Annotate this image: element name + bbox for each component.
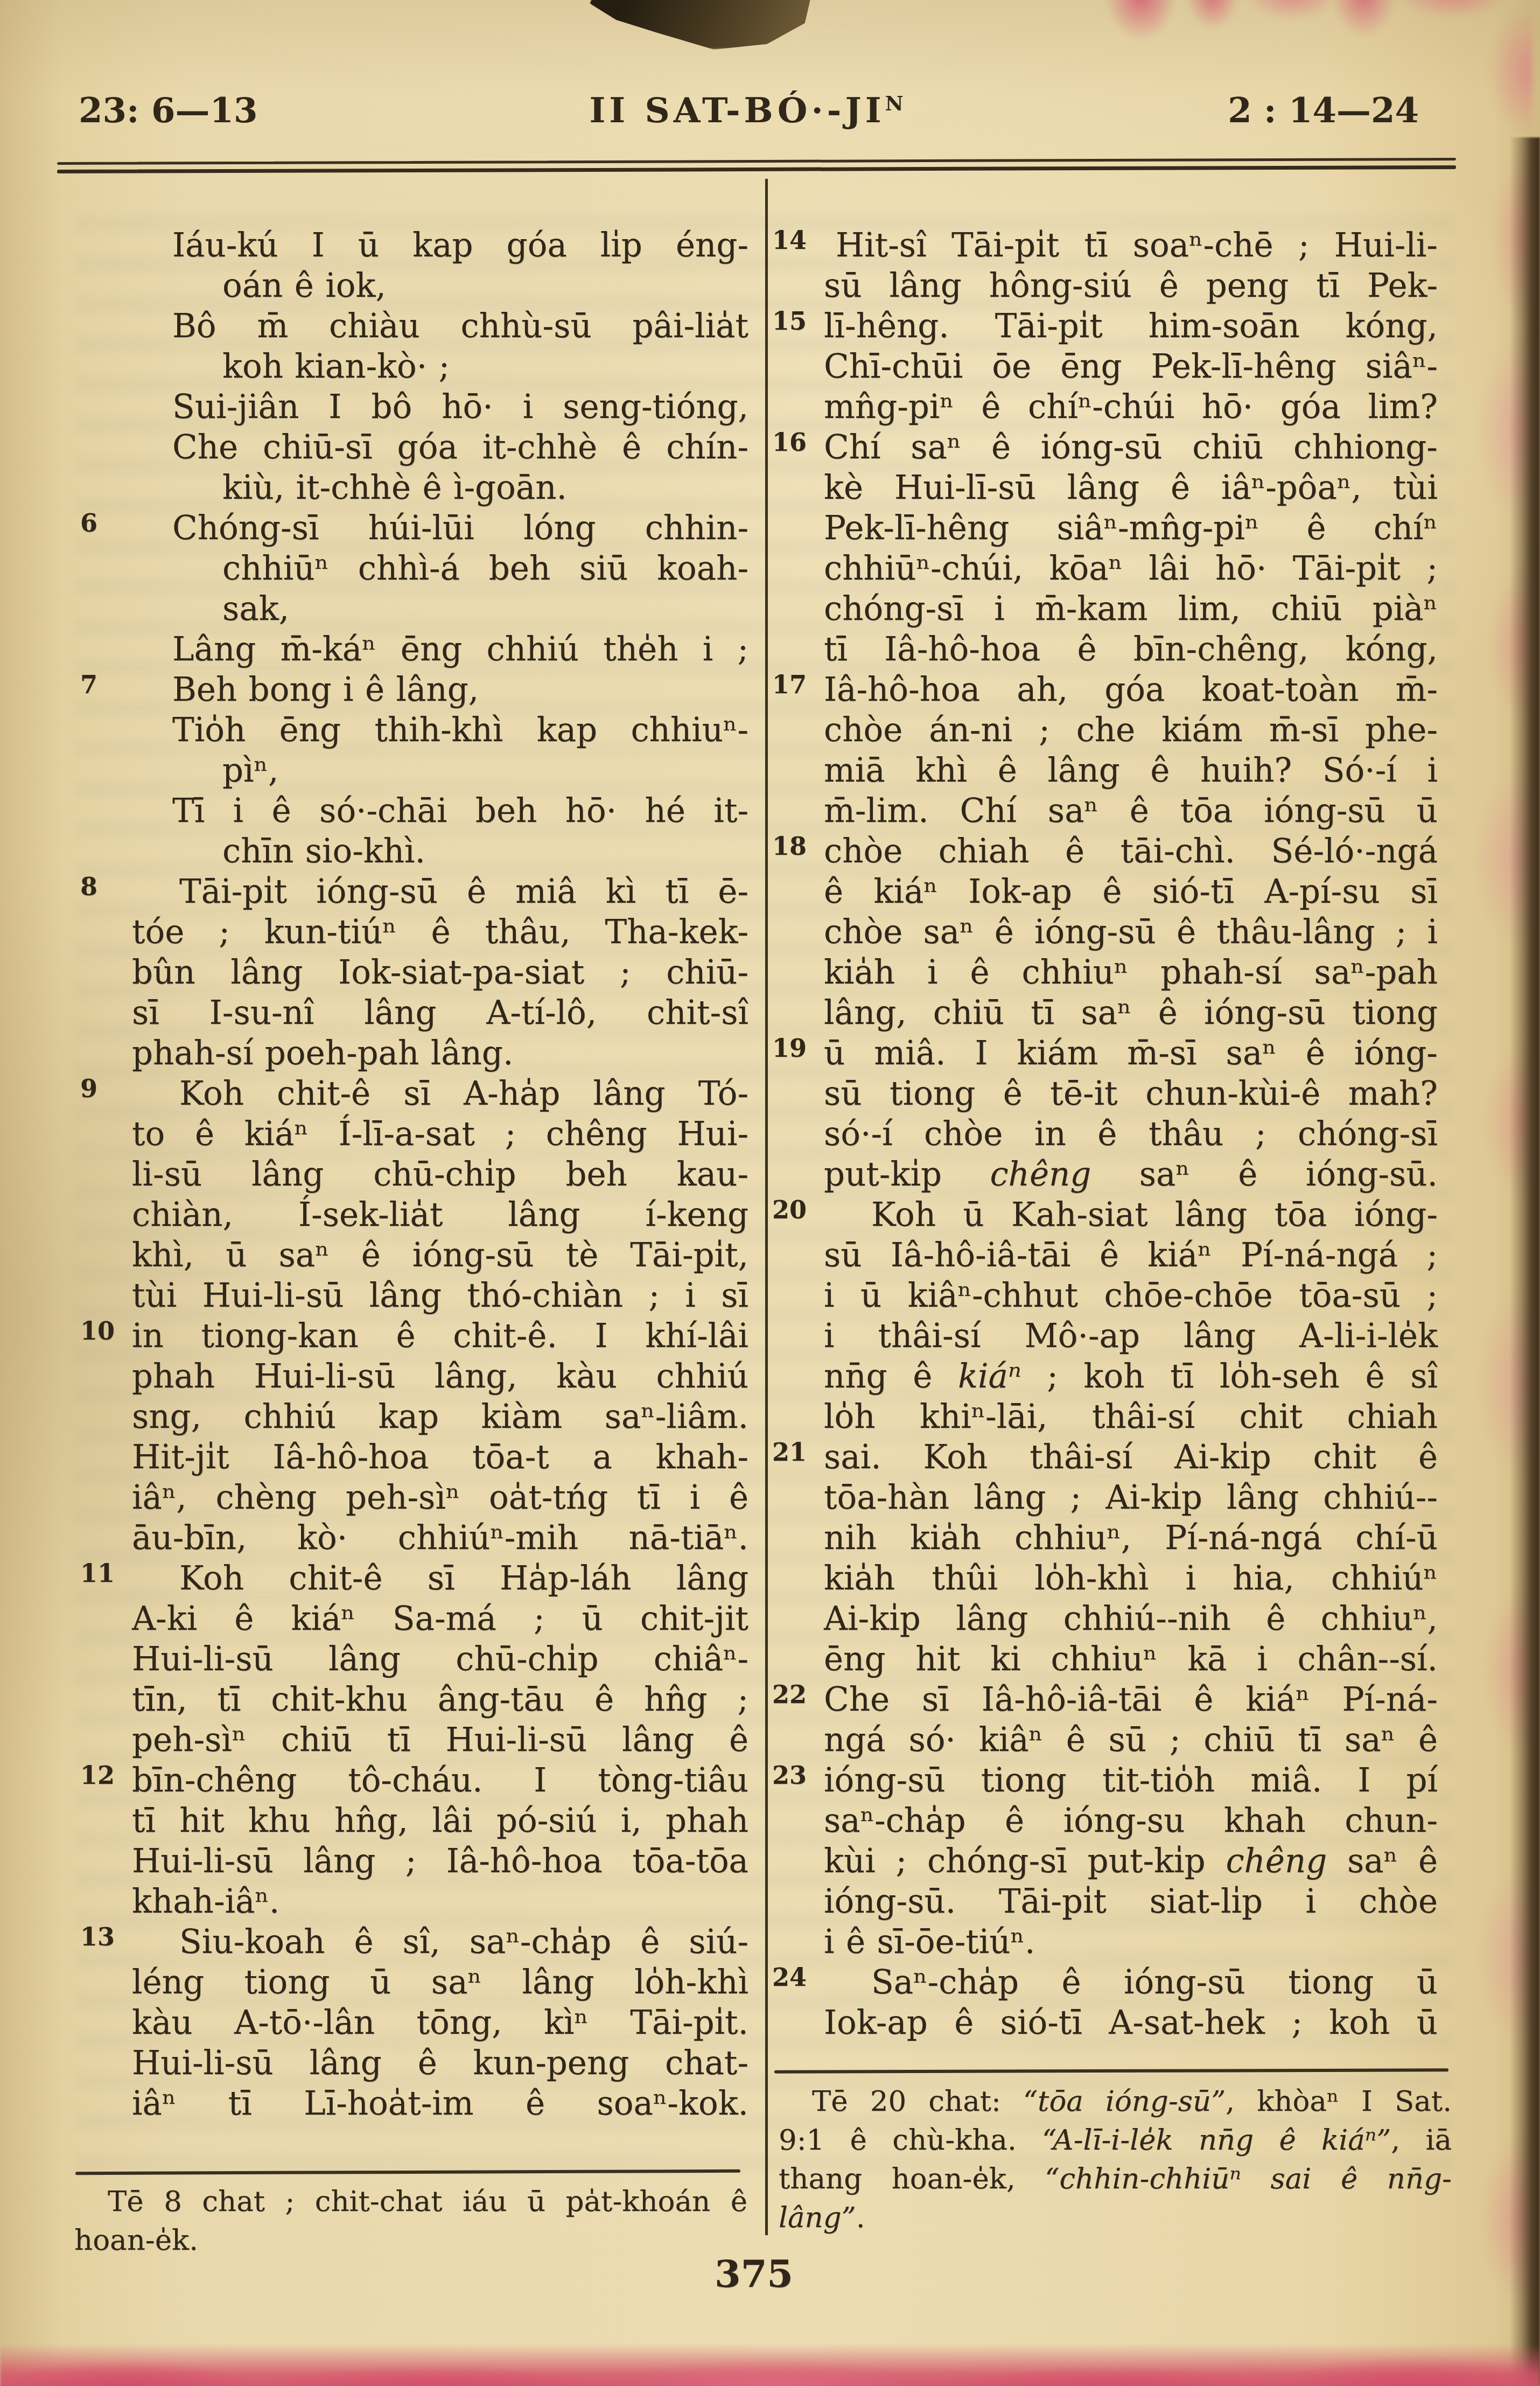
line-text: Tāi-pi̍t ióng-sū ê miâ kì tī ē- [179, 873, 748, 911]
line-text: chīn sio-khì. [222, 832, 425, 870]
line-text: i ê sī-ōe-tiúⁿ. [824, 1923, 1035, 1961]
text-line: só·-í chòe in ê thâu ; chóng-sī [824, 1114, 1438, 1154]
line-text: Hui-li-sū lâng chū-chi̍p chiâⁿ- [132, 1640, 748, 1678]
text-line: ióng-sū. Tāi-pi̍t siat-li̍p i chòe [824, 1881, 1438, 1922]
line-text: hoan-e̍k. [74, 2224, 198, 2257]
line-text: lâng, chiū tī saⁿ ê ióng-sū tiong [824, 994, 1438, 1032]
line-text: Lâng m̄-káⁿ ēng chhiú the̍h i ; [172, 630, 748, 668]
line-text: Iok-ap ê sió-tī A-sat-hek ; koh ū [824, 2004, 1438, 2042]
text-line: mn̂g-piⁿ ê chíⁿ-chúi hō· góa lim? [824, 387, 1438, 427]
text-line: tōa-hàn lâng ; Ai-ki̍p lâng chhiú-- [824, 1477, 1438, 1518]
line-text: tīn, tī chit-khu âng-tāu ê hn̂g ; [132, 1680, 748, 1719]
verse-number: 12 [80, 1763, 115, 1788]
text-line: Tio̍h ēng thih-khì kap chhiuⁿ- [132, 710, 748, 750]
text-line: i thâi-sí Mô·-ap lâng A-li-i-le̍k [824, 1316, 1438, 1356]
scanned-book-page: 23: 6—13 II SAT-BÓ·-JIN 2 : 14—24 Iáu-kú… [0, 0, 1540, 2386]
line-text: khah-iâⁿ. [132, 1882, 279, 1921]
line-text: kè Hui-lī-sū lâng ê iâⁿ-pôaⁿ, tùi [824, 469, 1438, 507]
header-double-rule [57, 158, 1456, 173]
text-line: 22Che sī Iâ-hô-iâ-tāi ê kiáⁿ Pí-ná- [824, 1679, 1438, 1720]
line-text: miā khì ê lâng ê huih? Só·-í i [824, 751, 1438, 790]
line-text: Ai-ki̍p lâng chhiú--nih ê chhiuⁿ, [824, 1600, 1438, 1638]
line-text: Chí saⁿ ê ióng-sū chiū chhiong- [824, 428, 1438, 466]
text-line: kia̍h thûi lo̍h-khì i hia, chhiúⁿ [824, 1558, 1438, 1599]
verse-text-left: Iáu-kú I ū kap góa li̍p éng-oán ê iok,Bô… [132, 225, 748, 2124]
line-text: to ê kiáⁿ Í-lī-a-sat ; chêng Hui- [132, 1115, 748, 1153]
text-line: nn̄g ê kiáⁿ ; koh tī lo̍h-seh ê sî [824, 1356, 1438, 1397]
text-line: chóng-sī i m̄-kam lim, chiū piàⁿ [824, 589, 1438, 629]
text-line: Iáu-kú I ū kap góa li̍p éng- [132, 225, 748, 266]
rule-line [57, 158, 1456, 165]
line-text: Hit-sî Tāi-pi̍t tī soaⁿ-chē ; Hui-li- [836, 226, 1438, 264]
line-text: chóng-sī i m̄-kam lim, chiū piàⁿ [824, 590, 1438, 628]
text-line: lâng”. [779, 2199, 1452, 2237]
text-line: léng tiong ū saⁿ lâng lo̍h-khì [132, 1962, 748, 2003]
text-line: i ê sī-ōe-tiúⁿ. [824, 1922, 1438, 1962]
line-text: saⁿ-cha̍p ê ióng-su khah chun- [824, 1802, 1438, 1840]
text-line: m̄-lim. Chí saⁿ ê tōa ióng-sū ū [824, 791, 1438, 831]
line-text: nn̄g ê kiáⁿ ; koh tī lo̍h-seh ê sî [824, 1357, 1438, 1396]
line-text: chhiūⁿ chhì-á beh siū koah- [222, 549, 748, 588]
line-text: Hit-ji̍t Iâ-hô-hoa tōa-t a khah- [132, 1438, 748, 1476]
line-text: bīn-chêng tô-cháu. I tòng-tiâu [132, 1761, 748, 1799]
line-text: kàu A-tō·-lân tōng, kìⁿ Tāi-pi̍t. [132, 2004, 748, 2042]
page-stack-edge-right [1510, 137, 1540, 2386]
text-line: tī hit khu hn̂g, lâi pó-siú i, phah [132, 1801, 748, 1841]
text-line: kàu A-tō·-lân tōng, kìⁿ Tāi-pi̍t. [132, 2003, 748, 2043]
line-text: put-ki̍p chêng saⁿ ê ióng-sū. [824, 1155, 1438, 1194]
line-text: A-ki ê kiáⁿ Sa-má ; ū chit-jit [132, 1600, 748, 1638]
verse-number: 24 [772, 1965, 807, 1990]
line-text: chiàn, Í-sek-lia̍t lâng í-keng [132, 1196, 748, 1234]
line-text: Che chiū-sī góa it-chhè ê chín- [172, 428, 748, 466]
line-text: Chī-chūi ōe ēng Pek-lī-hêng siâⁿ- [824, 347, 1438, 386]
text-line: khah-iâⁿ. [132, 1881, 748, 1922]
text-line: 23ióng-sū tiong tit-tio̍h miâ. I pí [824, 1760, 1438, 1801]
line-text: sak, [222, 590, 289, 628]
text-line: kiù, it-chhè ê ì-goān. [132, 468, 748, 508]
verse-number: 8 [80, 874, 97, 899]
text-line: sak, [132, 589, 748, 629]
verse-number: 21 [772, 1440, 807, 1464]
text-line: 17Iâ-hô-hoa ah, góa koat-toàn m̄- [824, 669, 1438, 710]
line-text: chòe saⁿ ê ióng-sū ê thâu-lâng ; i [824, 913, 1438, 951]
footnote-right: Tē 20 chat: “tōa ióng-sū”, khòaⁿ I Sat.9… [779, 2082, 1452, 2237]
line-text: Sui-jiân I bô hō· i seng-tióng, [172, 388, 748, 426]
line-text: chòe án-ni ; che kiám m̄-sī phe- [824, 711, 1438, 749]
line-text: in tiong-kan ê chit-ê. I khí-lâi [132, 1317, 748, 1355]
text-line: Chī-chūi ōe ēng Pek-lī-hêng siâⁿ- [824, 346, 1438, 387]
line-text: Hui-li-sū lâng ê kun-peng chat- [132, 2044, 748, 2082]
verse-number: 13 [80, 1924, 115, 1949]
text-line: tī Iâ-hô-hoa ê bīn-chêng, kóng, [824, 629, 1438, 669]
line-text: sai. Koh thâi-sí Ai-ki̍p chit ê [824, 1438, 1438, 1476]
line-text: pìⁿ, [222, 751, 278, 790]
text-line: to ê kiáⁿ Í-lī-a-sat ; chêng Hui- [132, 1114, 748, 1154]
line-text: mn̂g-piⁿ ê chíⁿ-chúi hō· góa lim? [824, 388, 1438, 426]
text-line: nih kia̍h chhiuⁿ, Pí-ná-ngá chí-ū [824, 1518, 1438, 1558]
text-line: 9Koh chit-ê sī A-ha̍p lâng Tó- [132, 1073, 748, 1114]
text-line: 11Koh chit-ê sī Ha̍p-láh lâng [132, 1558, 748, 1599]
text-line: 7Beh bong i ê lâng, [132, 669, 748, 710]
line-text: peh-sìⁿ chiū tī Hui-li-sū lâng ê [132, 1721, 748, 1759]
red-dyed-bottom-edge [0, 2344, 1540, 2386]
text-line: miā khì ê lâng ê huih? Só·-í i [824, 750, 1438, 791]
text-line: kùi ; chóng-sī put-ki̍p chêng saⁿ ê [824, 1841, 1438, 1881]
text-line: chòe saⁿ ê ióng-sū ê thâu-lâng ; i [824, 912, 1438, 952]
line-text: tī hit khu hn̂g, lâi pó-siú i, phah [132, 1802, 748, 1840]
verse-number: 18 [772, 834, 807, 859]
text-line: chòe án-ni ; che kiám m̄-sī phe- [824, 710, 1438, 750]
text-line: tīn, tī chit-khu âng-tāu ê hn̂g ; [132, 1679, 748, 1720]
line-text: li-sū lâng chū-chi̍p beh kau- [132, 1155, 748, 1194]
text-line: Hui-li-sū lâng ; Iâ-hô-hoa tōa-tōa [132, 1841, 748, 1881]
line-text: Bô m̄ chiàu chhù-sū pâi-lia̍t [172, 307, 748, 345]
line-text: kia̍h thûi lo̍h-khì i hia, chhiúⁿ [824, 1559, 1438, 1597]
line-text: Hui-li-sū lâng ; Iâ-hô-hoa tōa-tōa [132, 1842, 748, 1880]
line-text: āu-bīn, kò· chhiúⁿ-mih nā-tiāⁿ. [132, 1519, 748, 1557]
line-text: ióng-sū. Tāi-pi̍t siat-li̍p i chòe [824, 1882, 1438, 1921]
text-line: Tē 8 chat ; chit-chat iáu ū pa̍t-khoán ê [74, 2182, 747, 2221]
line-text: ê kiáⁿ Iok-ap ê sió-tī A-pí-su sī [824, 873, 1438, 911]
line-text: i thâi-sí Mô·-ap lâng A-li-i-le̍k [824, 1317, 1438, 1355]
line-text: 9:1 ê chù-kha. “A-lī-i-le̍k nn̄g ê kiáⁿ”… [779, 2124, 1452, 2157]
verse-number: 10 [80, 1318, 115, 1343]
verse-number: 20 [772, 1197, 807, 1222]
text-line: iâⁿ tī Lī-hoa̍t-im ê soaⁿ-kok. [132, 2083, 748, 2124]
line-text: lo̍h khiⁿ-lāi, thâi-sí chit chiah [824, 1398, 1438, 1436]
text-line: kè Hui-lī-sū lâng ê iâⁿ-pôaⁿ, tùi [824, 468, 1438, 508]
verse-number: 17 [772, 672, 807, 697]
line-text: phah Hui-li-sū lâng, kàu chhiú [132, 1357, 748, 1396]
line-text: kia̍h i ê chhiuⁿ phah-sí saⁿ-pah [824, 953, 1438, 992]
line-text: phah-sí poeh-pah lâng. [132, 1034, 513, 1072]
text-line: 14Hit-sî Tāi-pi̍t tī soaⁿ-chē ; Hui-li- [824, 225, 1438, 266]
text-line: 9:1 ê chù-kha. “A-lī-i-le̍k nn̄g ê kiáⁿ”… [779, 2121, 1452, 2160]
text-line: 18chòe chiah ê tāi-chì. Sé-ló·-ngá [824, 831, 1438, 871]
text-line: Sui-jiân I bô hō· i seng-tióng, [132, 387, 748, 427]
text-line: 19ū miâ. I kiám m̄-sī saⁿ ê ióng- [824, 1033, 1438, 1073]
line-text: oán ê iok, [222, 267, 386, 305]
line-text: lī-hêng. Tāi-pi̍t him-soān kóng, [824, 307, 1438, 345]
line-text: ū miâ. I kiám m̄-sī saⁿ ê ióng- [824, 1034, 1438, 1072]
line-text: tóe ; kun-tiúⁿ ê thâu, Tha-kek- [132, 913, 748, 951]
line-text: ngá só· kiâⁿ ê sū ; chiū tī saⁿ ê [824, 1721, 1438, 1759]
line-text: sū tiong ê tē-it chun-kùi-ê mah? [824, 1075, 1438, 1113]
line-text: iâⁿ, chèng peh-sìⁿ oa̍t-tńg tī i ê [132, 1478, 748, 1517]
text-line: chīn sio-khì. [132, 831, 748, 871]
page-number: 375 [683, 2251, 825, 2296]
line-text: sū lâng hông-siú ê peng tī Pek- [824, 267, 1438, 305]
line-text: chhiūⁿ-chúi, kōaⁿ lâi hō· Tāi-pi̍t ; [824, 549, 1438, 588]
line-text: Iâ-hô-hoa ah, góa koat-toàn m̄- [824, 671, 1438, 709]
text-line: hoan-e̍k. [74, 2221, 747, 2260]
verse-number: 9 [80, 1076, 97, 1101]
verse-number: 16 [772, 430, 807, 455]
text-line: iâⁿ, chèng peh-sìⁿ oa̍t-tńg tī i ê [132, 1477, 748, 1518]
text-line: Hui-li-sū lâng ê kun-peng chat- [132, 2043, 748, 2083]
text-line: ēng hit ki chhiuⁿ kā i chân--sí. [824, 1639, 1438, 1679]
line-text: Koh chit-ê sī Ha̍p-láh lâng [179, 1559, 748, 1597]
text-line: saⁿ-cha̍p ê ióng-su khah chun- [824, 1801, 1438, 1841]
text-line: 20Koh ū Kah-siat lâng tōa ióng- [824, 1195, 1438, 1235]
line-text: Tī i ê só·-chāi beh hō· hé it- [172, 792, 748, 830]
line-text: iâⁿ tī Lī-hoa̍t-im ê soaⁿ-kok. [132, 2084, 748, 2123]
text-line: 8Tāi-pi̍t ióng-sū ê miâ kì tī ē- [132, 871, 748, 912]
line-text: i ū kiâⁿ-chhut chōe-chōe tōa-sū ; [824, 1276, 1438, 1315]
text-line: chhiūⁿ chhì-á beh siū koah- [132, 548, 748, 589]
text-line: Hui-li-sū lâng chū-chi̍p chiâⁿ- [132, 1639, 748, 1679]
text-line: i ū kiâⁿ-chhut chōe-chōe tōa-sū ; [824, 1275, 1438, 1316]
text-line: 24Saⁿ-cha̍p ê ióng-sū tiong ū [824, 1962, 1438, 2003]
text-line: 21sai. Koh thâi-sí Ai-ki̍p chit ê [824, 1437, 1438, 1477]
text-line: 15lī-hêng. Tāi-pi̍t him-soān kóng, [824, 306, 1438, 346]
line-text: sng, chhiú kap kiàm saⁿ-liâm. [132, 1398, 748, 1436]
text-line: 16Chí saⁿ ê ióng-sū chiū chhiong- [824, 427, 1438, 468]
line-text: tùi Hui-li-sū lâng thó-chiàn ; i sī [132, 1276, 748, 1315]
column-divider-rule [765, 179, 768, 2235]
line-text: kùi ; chóng-sī put-ki̍p chêng saⁿ ê [824, 1842, 1438, 1880]
text-line: chhiūⁿ-chúi, kōaⁿ lâi hō· Tāi-pi̍t ; [824, 548, 1438, 589]
text-line: phah Hui-li-sū lâng, kàu chhiú [132, 1356, 748, 1397]
text-line: 10in tiong-kan ê chit-ê. I khí-lâi [132, 1316, 748, 1356]
text-line: Pek-lī-hêng siâⁿ-mn̂g-piⁿ ê chíⁿ [824, 508, 1438, 548]
text-line: lâng, chiū tī saⁿ ê ióng-sū tiong [824, 993, 1438, 1033]
text-line: koh kian-kò· ; [132, 346, 748, 387]
verse-number: 23 [772, 1763, 807, 1788]
line-text: koh kian-kò· ; [222, 347, 450, 386]
line-text: Chóng-sī húi-lūi lóng chhin- [172, 509, 748, 547]
verse-number: 6 [80, 511, 97, 535]
line-text: Iáu-kú I ū kap góa li̍p éng- [172, 226, 748, 264]
line-text: tōa-hàn lâng ; Ai-ki̍p lâng chhiú-- [824, 1478, 1438, 1517]
footnote-left: Tē 8 chat ; chit-chat iáu ū pa̍t-khoán ê… [74, 2182, 747, 2260]
text-line: ngá só· kiâⁿ ê sū ; chiū tī saⁿ ê [824, 1720, 1438, 1760]
line-text: Tē 20 chat: “tōa ióng-sū”, khòaⁿ I Sat. [812, 2085, 1452, 2118]
verse-text-right: 14Hit-sî Tāi-pi̍t tī soaⁿ-chē ; Hui-li-s… [824, 225, 1438, 2043]
dark-ink-stain [590, 0, 811, 50]
line-text: Koh chit-ê sī A-ha̍p lâng Tó- [179, 1075, 748, 1113]
text-line: peh-sìⁿ chiū tī Hui-li-sū lâng ê [132, 1720, 748, 1760]
line-text: kiù, it-chhè ê ì-goān. [222, 469, 567, 507]
line-text: khì, ū saⁿ ê ióng-sū tè Tāi-pi̍t, [132, 1236, 748, 1274]
line-text: lâng”. [779, 2201, 865, 2234]
verse-number: 15 [772, 309, 807, 333]
text-line: pìⁿ, [132, 750, 748, 791]
running-header: 23: 6—13 II SAT-BÓ·-JIN 2 : 14—24 [0, 90, 1540, 139]
text-line: sū tiong ê tē-it chun-kùi-ê mah? [824, 1073, 1438, 1114]
text-line: A-ki ê kiáⁿ Sa-má ; ū chit-jit [132, 1599, 748, 1639]
line-text: thang hoan-e̍k, “chhin-chhiūⁿ sai ê nn̄g… [779, 2162, 1452, 2195]
text-line: thang hoan-e̍k, “chhin-chhiūⁿ sai ê nn̄g… [779, 2160, 1452, 2199]
header-verse-range-right: 2 : 14—24 [1228, 90, 1419, 131]
line-text: sī I-su-nî lâng A-tí-lô, chit-sî [132, 994, 748, 1032]
verse-number: 7 [80, 672, 97, 697]
text-line: khì, ū saⁿ ê ióng-sū tè Tāi-pi̍t, [132, 1235, 748, 1275]
text-line: put-ki̍p chêng saⁿ ê ióng-sū. [824, 1154, 1438, 1195]
text-line: āu-bīn, kò· chhiúⁿ-mih nā-tiāⁿ. [132, 1518, 748, 1558]
rule-line [57, 165, 1456, 173]
text-line: li-sū lâng chū-chi̍p beh kau- [132, 1154, 748, 1195]
text-line: Ai-ki̍p lâng chhiú--nih ê chhiuⁿ, [824, 1599, 1438, 1639]
text-line: Tī i ê só·-chāi beh hō· hé it- [132, 791, 748, 831]
line-text: ēng hit ki chhiuⁿ kā i chân--sí. [824, 1640, 1438, 1678]
line-text: Pek-lī-hêng siâⁿ-mn̂g-piⁿ ê chíⁿ [824, 509, 1438, 547]
text-line: oán ê iok, [132, 266, 748, 306]
text-line: sū lâng hông-siú ê peng tī Pek- [824, 266, 1438, 306]
line-text: Beh bong i ê lâng, [172, 671, 479, 709]
line-text: bûn lâng Iok-siat-pa-siat ; chiū- [132, 953, 748, 992]
line-text: Che sī Iâ-hô-iâ-tāi ê kiáⁿ Pí-ná- [824, 1680, 1438, 1719]
text-line: tùi Hui-li-sū lâng thó-chiàn ; i sī [132, 1275, 748, 1316]
line-text: m̄-lim. Chí saⁿ ê tōa ióng-sū ū [824, 792, 1438, 830]
line-text: léng tiong ū saⁿ lâng lo̍h-khì [132, 1963, 748, 2001]
verse-number: 11 [80, 1561, 115, 1586]
text-line: kia̍h i ê chhiuⁿ phah-sí saⁿ-pah [824, 952, 1438, 993]
text-line: Hit-ji̍t Iâ-hô-hoa tōa-t a khah- [132, 1437, 748, 1477]
text-line: sng, chhiú kap kiàm saⁿ-liâm. [132, 1397, 748, 1437]
book-title-text: II SAT-BÓ·-JI [589, 90, 885, 131]
line-text: sū Iâ-hô-iâ-tāi ê kiáⁿ Pí-ná-ngá ; [824, 1236, 1438, 1274]
text-line: Iok-ap ê sió-tī A-sat-hek ; koh ū [824, 2003, 1438, 2043]
text-line: lo̍h khiⁿ-lāi, thâi-sí chit chiah [824, 1397, 1438, 1437]
line-text: Tio̍h ēng thih-khì kap chhiuⁿ- [172, 711, 748, 749]
text-line: Che chiū-sī góa it-chhè ê chín- [132, 427, 748, 468]
text-line: 13Siu-koah ê sî, saⁿ-cha̍p ê siú- [132, 1922, 748, 1962]
text-line: tóe ; kun-tiúⁿ ê thâu, Tha-kek- [132, 912, 748, 952]
text-line: chiàn, Í-sek-lia̍t lâng í-keng [132, 1195, 748, 1235]
text-line: bûn lâng Iok-siat-pa-siat ; chiū- [132, 952, 748, 993]
text-line: ê kiáⁿ Iok-ap ê sió-tī A-pí-su sī [824, 871, 1438, 912]
line-text: chòe chiah ê tāi-chì. Sé-ló·-ngá [824, 832, 1438, 870]
footnote-rule-left [75, 2169, 740, 2175]
line-text: Koh ū Kah-siat lâng tōa ióng- [871, 1196, 1438, 1234]
verse-number: 19 [772, 1036, 807, 1061]
text-line: sū Iâ-hô-iâ-tāi ê kiáⁿ Pí-ná-ngá ; [824, 1235, 1438, 1275]
text-line: 6Chóng-sī húi-lūi lóng chhin- [132, 508, 748, 548]
footnote-rule-right [774, 2068, 1448, 2073]
line-text: ióng-sū tiong tit-tio̍h miâ. I pí [824, 1761, 1438, 1799]
text-line: 12bīn-chêng tô-cháu. I tòng-tiâu [132, 1760, 748, 1801]
text-line: Bô m̄ chiàu chhù-sū pâi-lia̍t [132, 306, 748, 346]
line-text: Saⁿ-cha̍p ê ióng-sū tiong ū [871, 1963, 1438, 2001]
verse-number: 14 [772, 228, 807, 253]
text-line: Lâng m̄-káⁿ ēng chhiú the̍h i ; [132, 629, 748, 669]
text-line: sī I-su-nî lâng A-tí-lô, chit-sî [132, 993, 748, 1033]
verse-number: 22 [772, 1682, 807, 1707]
line-text: Siu-koah ê sî, saⁿ-cha̍p ê siú- [179, 1923, 748, 1961]
line-text: só·-í chòe in ê thâu ; chóng-sī [824, 1115, 1438, 1153]
line-text: Tē 8 chat ; chit-chat iáu ū pa̍t-khoán ê [108, 2185, 747, 2218]
text-line: Tē 20 chat: “tōa ióng-sū”, khòaⁿ I Sat. [779, 2082, 1452, 2121]
line-text: tī Iâ-hô-hoa ê bīn-chêng, kóng, [824, 630, 1438, 668]
book-title-superscript: N [885, 92, 904, 115]
line-text: nih kia̍h chhiuⁿ, Pí-ná-ngá chí-ū [824, 1519, 1438, 1557]
text-line: phah-sí poeh-pah lâng. [132, 1033, 748, 1073]
